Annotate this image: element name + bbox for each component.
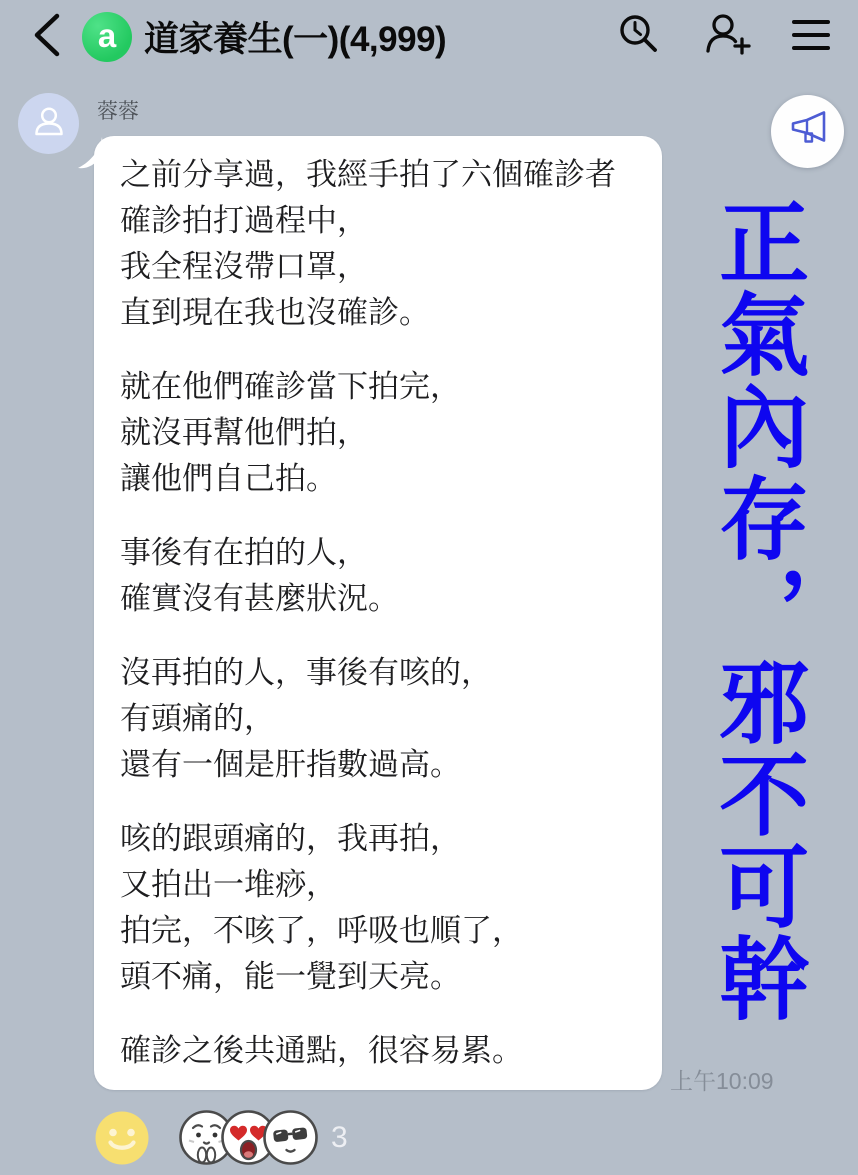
message-paragraph: 之前分享過，我經手拍了六個確診者 確診拍打過程中， 我全程沒帶口罩， 直到現在我… (120, 152, 636, 336)
smiley-reaction-button[interactable] (94, 1110, 150, 1166)
chat-header: a 道家養生(一)(4,999) (0, 0, 858, 74)
menu-button[interactable] (792, 17, 830, 58)
header-icons (616, 12, 830, 63)
group-badge-letter: a (98, 19, 116, 52)
cool-face-icon (262, 1109, 319, 1166)
announcement-button[interactable] (771, 95, 844, 168)
message-paragraph: 沒再拍的人，事後有咳的， 有頭痛的， 還有一個是肝指數過高。 (120, 650, 636, 788)
reaction-count: 3 (331, 1121, 348, 1155)
megaphone-icon (786, 108, 830, 155)
message-paragraph: 咳的跟頭痛的，我再拍， 又拍出一堆痧， 拍完，不咳了，呼吸也順了， 頭不痛，能一… (120, 816, 636, 1000)
add-member-icon (702, 12, 752, 63)
message-paragraph: 就在他們確診當下拍完， 就沒再幫他們拍， 讓他們自己拍。 (120, 364, 636, 502)
search-button[interactable] (616, 12, 662, 63)
search-clock-icon (616, 12, 662, 63)
message-bubble[interactable]: 之前分享過，我經手拍了六個確診者 確診拍打過程中， 我全程沒帶口罩， 直到現在我… (94, 136, 662, 1090)
wallpaper-slogan-text: 正氣內存，邪不可幹 (702, 196, 808, 1024)
message-paragraph: 確診之後共通點，很容易累。 (120, 1028, 636, 1074)
sender-name: 蓉蓉 (97, 95, 139, 125)
reaction-stickers[interactable] (178, 1109, 319, 1166)
avatar[interactable] (18, 93, 79, 154)
message-text: 之前分享過，我經手拍了六個確診者 確診拍打過程中， 我全程沒帶口罩， 直到現在我… (120, 152, 636, 1074)
invite-member-button[interactable] (702, 12, 752, 63)
back-button[interactable] (26, 13, 66, 61)
yellow-smiley-icon (94, 1153, 150, 1170)
message-timestamp: 上午10:09 (670, 1063, 774, 1096)
chat-title: 道家養生(一)(4,999) (144, 12, 446, 62)
chevron-left-icon (29, 12, 63, 63)
group-badge-icon: a (82, 12, 132, 62)
hamburger-icon (792, 17, 830, 58)
message-paragraph: 事後有在拍的人， 確實沒有甚麼狀況。 (120, 530, 636, 622)
person-icon (31, 103, 67, 144)
bubble-tail (77, 137, 103, 171)
reaction-row: 3 (94, 1109, 348, 1166)
